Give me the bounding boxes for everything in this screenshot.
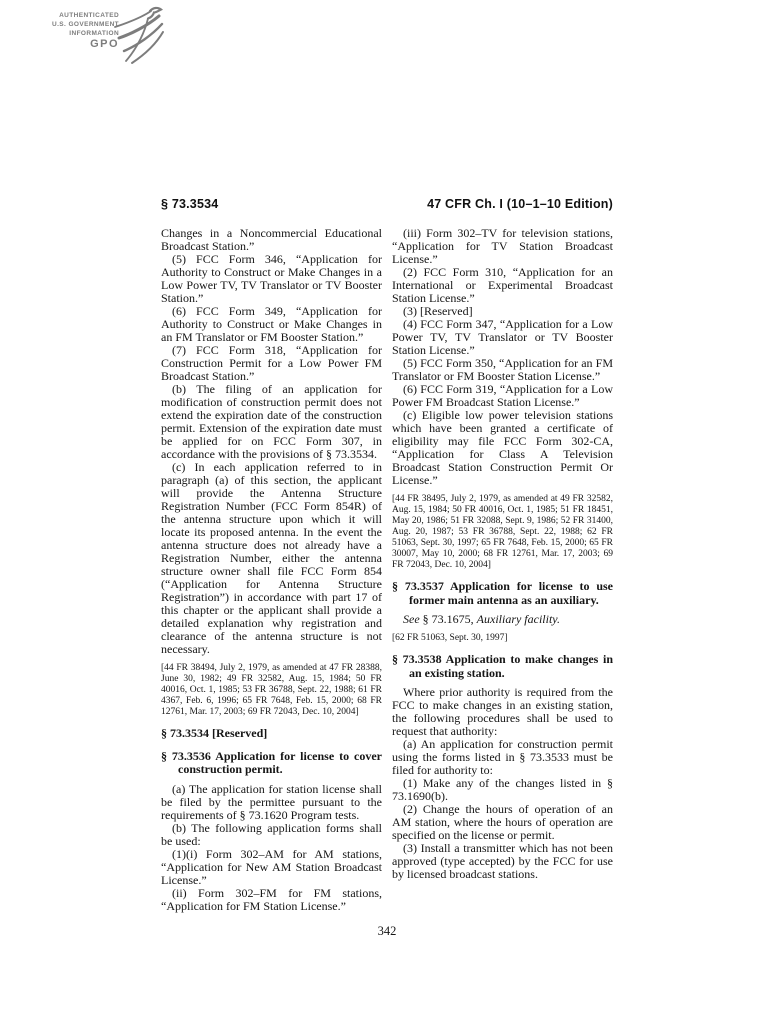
paragraph: (2) Change the hours of operation of an …	[392, 803, 613, 842]
right-column: (iii) Form 302–TV for television station…	[392, 227, 613, 913]
left-column: Changes in a Noncommercial Educational B…	[161, 227, 382, 913]
paragraph: (c) Eligible low power television statio…	[392, 409, 613, 487]
paragraph: (b) The filing of an application for mod…	[161, 383, 382, 461]
logo-line-information: INFORMATION	[52, 29, 119, 38]
running-head: § 73.3534 47 CFR Ch. I (10–1–10 Edition)	[161, 197, 613, 211]
paragraph: (1)(i) Form 302–AM for AM stations, “App…	[161, 848, 382, 887]
see-label: See	[403, 612, 420, 626]
paragraph: (7) FCC Form 318, “Application for Const…	[161, 344, 382, 383]
paragraph: (5) FCC Form 350, “Application for an FM…	[392, 357, 613, 383]
paragraph: (5) FCC Form 346, “Application for Autho…	[161, 253, 382, 305]
paragraph: (iii) Form 302–TV for television station…	[392, 227, 613, 266]
paragraph: Where prior authority is required from t…	[392, 686, 613, 738]
page-number: 342	[161, 924, 613, 939]
paragraph: (4) FCC Form 347, “Application for a Low…	[392, 318, 613, 357]
amendment-citation: [44 FR 38494, July 2, 1979, as amended a…	[161, 663, 382, 718]
logo-line-authenticated: AUTHENTICATED	[52, 11, 119, 20]
two-column-body: Changes in a Noncommercial Educational B…	[161, 227, 613, 913]
cross-reference-title: Auxiliary facility.	[477, 612, 560, 626]
section-heading-73-3537: § 73.3537 Application for license to use…	[392, 580, 613, 607]
paragraph: (ii) Form 302–FM for FM stations, “Appli…	[161, 887, 382, 913]
logo-line-government: U.S. GOVERNMENT	[52, 20, 119, 29]
paragraph: (6) FCC Form 319, “Application for a Low…	[392, 383, 613, 409]
continuation-paragraph: Changes in a Noncommercial Educational B…	[161, 227, 382, 253]
gpo-wordmark: GPO	[52, 40, 119, 49]
paragraph: (3) Install a transmitter which has not …	[392, 842, 613, 881]
section-heading-73-3536: § 73.3536 Application for license to cov…	[161, 750, 382, 777]
cross-reference-section: § 73.1675,	[420, 612, 477, 626]
gpo-authentication-text: AUTHENTICATED U.S. GOVERNMENT INFORMATIO…	[52, 7, 119, 49]
paragraph: (a) The application for station license …	[161, 783, 382, 822]
section-heading-73-3538: § 73.3538 Application to make changes in…	[392, 653, 613, 680]
running-head-section-number: § 73.3534	[161, 197, 218, 211]
running-head-edition: 47 CFR Ch. I (10–1–10 Edition)	[427, 197, 613, 211]
paragraph: (6) FCC Form 349, “Application for Autho…	[161, 305, 382, 344]
cross-reference: See § 73.1675, Auxiliary facility.	[392, 613, 613, 626]
paragraph: (2) FCC Form 310, “Application for an In…	[392, 266, 613, 305]
paragraph: (b) The following application forms shal…	[161, 822, 382, 848]
amendment-citation: [62 FR 51063, Sept. 30, 1997]	[392, 633, 613, 644]
gpo-authentication-logo: AUTHENTICATED U.S. GOVERNMENT INFORMATIO…	[52, 7, 165, 67]
paragraph: (c) In each application referred to in p…	[161, 461, 382, 656]
amendment-citation: [44 FR 38495, July 2, 1979, as amended a…	[392, 494, 613, 571]
section-heading-73-3534: § 73.3534 [Reserved]	[161, 727, 382, 741]
paragraph: (1) Make any of the changes listed in § …	[392, 777, 613, 803]
gpo-eagle-icon	[111, 5, 165, 67]
paragraph: (a) An application for construction perm…	[392, 738, 613, 777]
cfr-document-page: AUTHENTICATED U.S. GOVERNMENT INFORMATIO…	[0, 0, 770, 1024]
